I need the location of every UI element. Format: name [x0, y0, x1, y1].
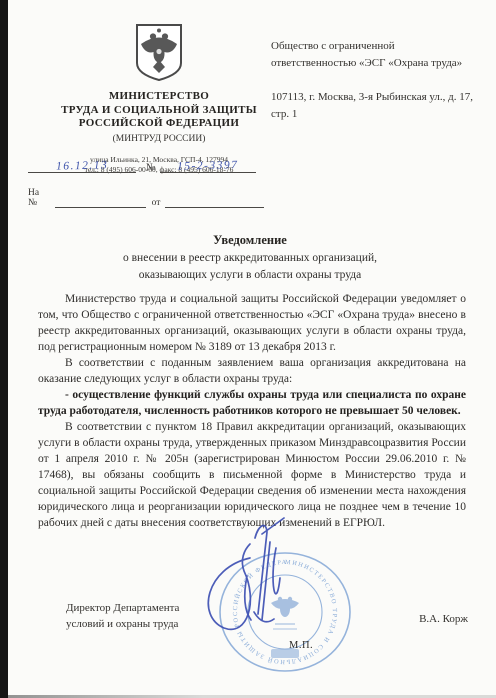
date-number-row: 16.12.13 № 15-2-3397 [28, 160, 264, 173]
director-signature-scrawl [192, 516, 322, 651]
seal-here-label: М.П. [289, 640, 313, 651]
ministry-name: МИНИСТЕРСТВО ТРУДА И СОЦИАЛЬНОЙ ЗАЩИТЫ Р… [52, 90, 266, 131]
document-title: Уведомление [38, 233, 462, 248]
document-title-block: Уведомление о внесении в реестр аккредит… [38, 233, 462, 284]
ref-date-label: от [152, 198, 161, 208]
ref-date-field [165, 207, 264, 208]
scanned-letter-page: МИНИСТЕРСТВО ТРУДА И СОЦИАЛЬНОЙ ЗАЩИТЫ Р… [0, 0, 496, 698]
signatory-name: В.А. Корж [419, 613, 468, 625]
scan-edge-artifact-left [0, 0, 8, 698]
document-subtitle: о внесении в реестр аккредитованных орга… [38, 250, 462, 284]
reference-row: На № от [28, 188, 264, 208]
number-sign-label: № [146, 162, 156, 173]
letterhead: МИНИСТЕРСТВО ТРУДА И СОЦИАЛЬНОЙ ЗАЩИТЫ Р… [52, 22, 266, 175]
letter-body: Министерство труда и социальной защиты Р… [38, 291, 466, 531]
body-paragraph-1: Министерство труда и социальной защиты Р… [38, 291, 466, 355]
ref-number-field [55, 207, 146, 208]
ref-number-label: На № [28, 188, 50, 208]
recipient-address: 107113, г. Москва, 3-я Рыбинская ул., д.… [271, 89, 477, 123]
body-paragraph-4: В соответствии с пунктом 18 Правил аккре… [38, 419, 466, 531]
body-paragraph-2: В соответствии с поданным заявлением ваш… [38, 355, 466, 387]
date-field: 16.12.13 [28, 160, 136, 173]
russian-coat-of-arms-icon [132, 22, 186, 87]
recipient-block: Общество с ограниченной ответственностью… [271, 38, 477, 123]
recipient-name: Общество с ограниченной ответственностью… [271, 38, 477, 72]
handwritten-date: 16.12.13 [56, 159, 109, 172]
ministry-short-name: (МИНТРУД РОССИИ) [52, 133, 266, 145]
body-paragraph-3-accredited-service: - осуществление функций службы охраны тр… [38, 387, 466, 419]
outgoing-number-field: 15-2-3397 [160, 160, 256, 173]
handwritten-number: 15-2-3397 [177, 159, 239, 173]
